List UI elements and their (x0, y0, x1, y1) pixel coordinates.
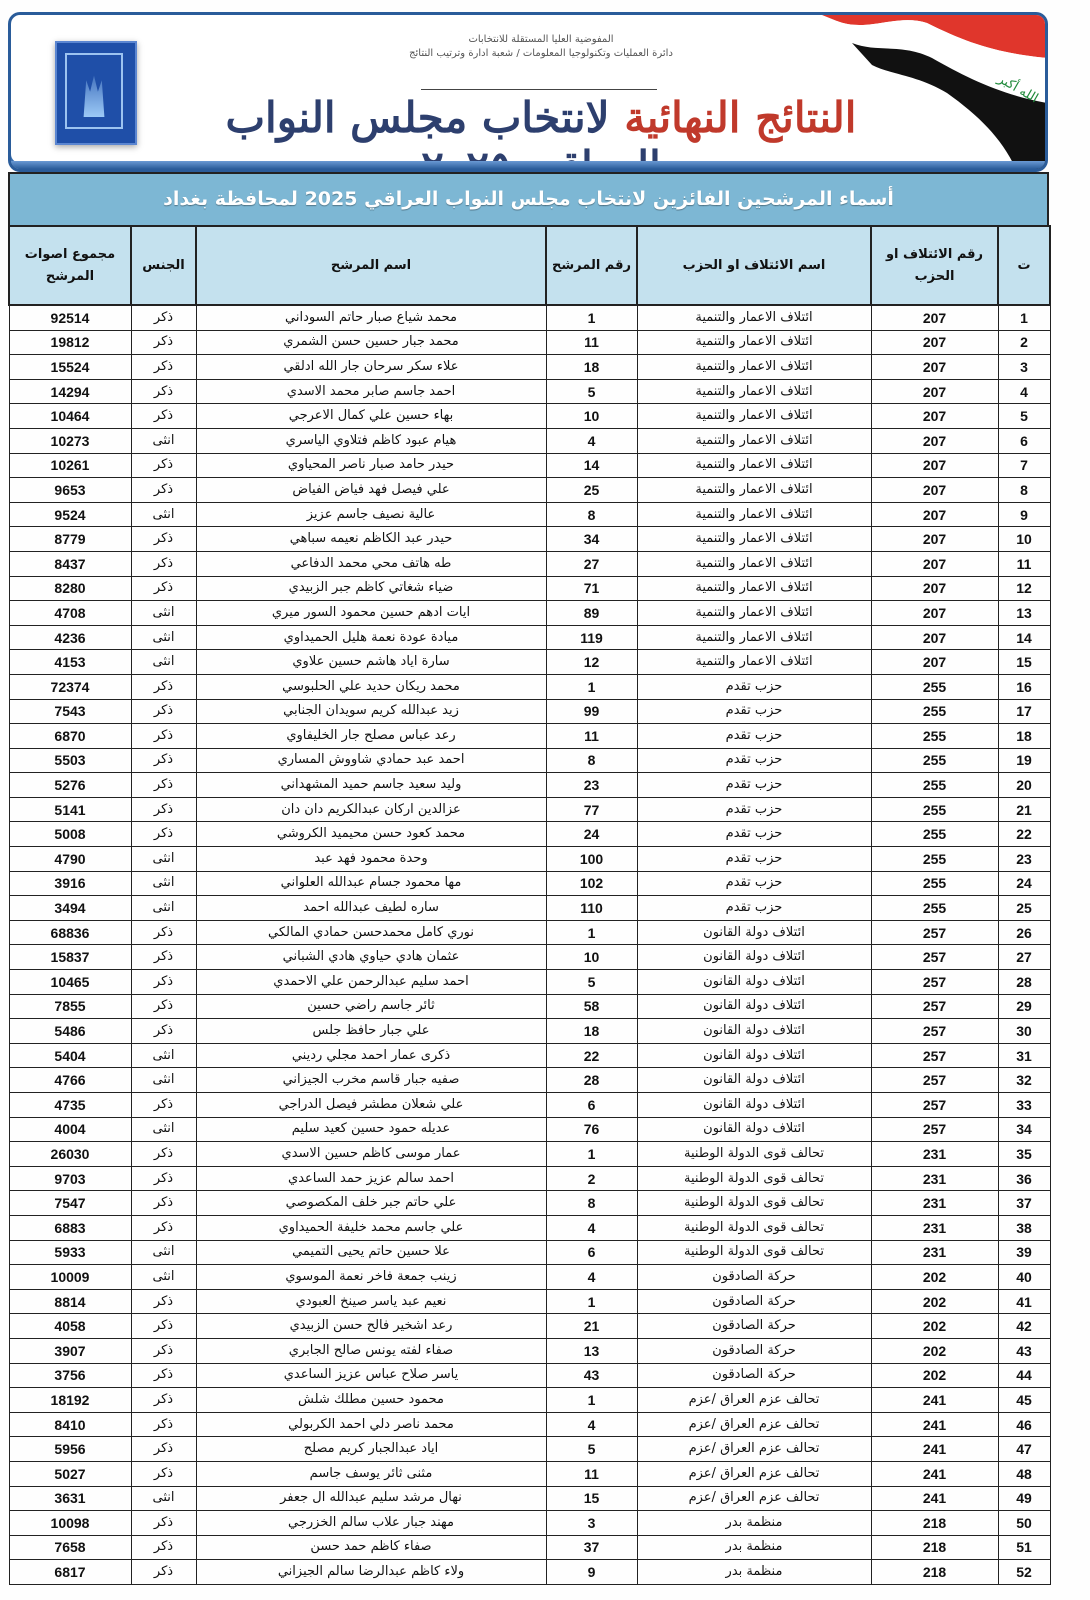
cell-candidate-number: 25 (546, 478, 637, 503)
cell-party-name: ائتلاف دولة القانون (637, 1117, 871, 1142)
cell-party-name: منظمة بدر (637, 1511, 871, 1536)
cell-candidate-name: علي جاسم محمد خليفة الحميداوي (196, 1215, 546, 1240)
cell-candidate-name: بهاء حسين علي كمال الاعرجي (196, 404, 546, 429)
cell-party-name: تحالف عزم العراق /عزم (637, 1437, 871, 1462)
cell-sequence: 42 (998, 1314, 1050, 1339)
cell-votes: 4153 (9, 650, 131, 675)
cell-gender: ذكر (131, 1142, 196, 1167)
cell-gender: ذكر (131, 1535, 196, 1560)
header-gender: الجنس (131, 226, 196, 305)
cell-candidate-name: وليد سعيد جاسم حميد المشهداني (196, 773, 546, 798)
cell-sequence: 37 (998, 1191, 1050, 1216)
cell-party-name: ائتلاف الاعمار والتنمية (637, 551, 871, 576)
cell-votes: 7855 (9, 994, 131, 1019)
table-row: 8410ذكرمحمد ناصر دلي احمد الكربولي4تحالف… (9, 1412, 1050, 1437)
cell-votes: 8410 (9, 1412, 131, 1437)
cell-party-number: 241 (871, 1388, 998, 1413)
banner-frame-bottom (11, 161, 1045, 169)
table-row: 6870ذكررعد عباس مصلح جار الخليفاوي11حزب … (9, 724, 1050, 749)
cell-votes: 92514 (9, 305, 131, 330)
cell-sequence: 34 (998, 1117, 1050, 1142)
cell-gender: انثى (131, 1486, 196, 1511)
table-row: 8280ذكرضياء شغاتي كاظم جبر الزبيدي71ائتل… (9, 576, 1050, 601)
cell-party-name: ائتلاف الاعمار والتنمية (637, 527, 871, 552)
cell-votes: 7547 (9, 1191, 131, 1216)
table-row: 5276ذكروليد سعيد جاسم حميد المشهداني23حز… (9, 773, 1050, 798)
cell-gender: ذكر (131, 527, 196, 552)
cell-party-name: تحالف عزم العراق /عزم (637, 1461, 871, 1486)
cell-gender: ذكر (131, 1412, 196, 1437)
cell-sequence: 51 (998, 1535, 1050, 1560)
cell-candidate-name: نوري كامل محمدحسن حمادي المالكي (196, 920, 546, 945)
cell-votes: 6817 (9, 1560, 131, 1585)
cell-candidate-number: 10 (546, 945, 637, 970)
cell-gender: ذكر (131, 1461, 196, 1486)
cell-votes: 6883 (9, 1215, 131, 1240)
table-row: 9653ذكرعلي فيصل فهد فياض الفياض25ائتلاف … (9, 478, 1050, 503)
cell-candidate-number: 13 (546, 1338, 637, 1363)
cell-votes: 5956 (9, 1437, 131, 1462)
cell-candidate-name: هيام عبود كاظم فتلاوي الياسري (196, 428, 546, 453)
table-row: 68836ذكرنوري كامل محمدحسن حمادي المالكي1… (9, 920, 1050, 945)
cell-party-number: 255 (871, 797, 998, 822)
table-row: 3494انثىساره لطيف عبدالله احمد110حزب تقد… (9, 896, 1050, 921)
cell-votes: 19812 (9, 330, 131, 355)
table-row: 4236انثىميادة عودة نعمة هليل الحميداوي11… (9, 625, 1050, 650)
cell-candidate-name: وحدة محمود فهد عبد (196, 847, 546, 872)
table-row: 9703ذكراحمد سالم عزيز حمد الساعدي2تحالف … (9, 1166, 1050, 1191)
cell-gender: ذكر (131, 773, 196, 798)
cell-sequence: 30 (998, 1019, 1050, 1044)
cell-party-name: ائتلاف الاعمار والتنمية (637, 601, 871, 626)
cell-party-name: تحالف عزم العراق /عزم (637, 1412, 871, 1437)
cell-candidate-name: صفيه جبار قاسم مخرب الجيزاني (196, 1068, 546, 1093)
cell-candidate-name: رعد عباس مصلح جار الخليفاوي (196, 724, 546, 749)
table-row: 19812ذكرمحمد جبار حسين حسن الشمري11ائتلا… (9, 330, 1050, 355)
cell-party-name: ائتلاف الاعمار والتنمية (637, 428, 871, 453)
cell-party-name: حزب تقدم (637, 871, 871, 896)
cell-votes: 4735 (9, 1093, 131, 1118)
cell-party-number: 202 (871, 1363, 998, 1388)
cell-gender: ذكر (131, 1511, 196, 1536)
cell-party-number: 231 (871, 1191, 998, 1216)
table-row: 10009انثىزينب جمعة فاخر نعمة الموسوي4حرك… (9, 1265, 1050, 1290)
cell-sequence: 32 (998, 1068, 1050, 1093)
cell-candidate-number: 1 (546, 920, 637, 945)
cell-candidate-number: 1 (546, 1289, 637, 1314)
cell-sequence: 38 (998, 1215, 1050, 1240)
cell-votes: 4766 (9, 1068, 131, 1093)
cell-candidate-number: 10 (546, 404, 637, 429)
header-votes: مجموع اصوات المرشح (9, 226, 131, 305)
cell-votes: 18192 (9, 1388, 131, 1413)
table-row: 5008ذكرمحمد كعود حسن محيميد الكروشي24حزب… (9, 822, 1050, 847)
cell-party-name: ائتلاف دولة القانون (637, 970, 871, 995)
cell-candidate-number: 12 (546, 650, 637, 675)
cell-votes: 7543 (9, 699, 131, 724)
table-row: 4790انثىوحدة محمود فهد عبد100حزب تقدم255… (9, 847, 1050, 872)
table-row: 9524انثىعالية نصيف جاسم عزيز8ائتلاف الاع… (9, 502, 1050, 527)
cell-gender: ذكر (131, 1437, 196, 1462)
cell-gender: ذكر (131, 970, 196, 995)
table-row: 6817ذكرولاء كاظم عبدالرضا سالم الجيزاني9… (9, 1560, 1050, 1585)
cell-candidate-number: 43 (546, 1363, 637, 1388)
cell-gender: ذكر (131, 404, 196, 429)
cell-party-number: 255 (871, 896, 998, 921)
cell-party-name: تحالف قوى الدولة الوطنية (637, 1191, 871, 1216)
cell-candidate-number: 8 (546, 748, 637, 773)
cell-sequence: 36 (998, 1166, 1050, 1191)
cell-votes: 8814 (9, 1289, 131, 1314)
cell-candidate-number: 5 (546, 970, 637, 995)
cell-candidate-name: زيد عبدالله كريم سويدان الجنابي (196, 699, 546, 724)
table-row: 10273انثىهيام عبود كاظم فتلاوي الياسري4ا… (9, 428, 1050, 453)
agency-line-2: دائرة العمليات وتكنولوجيا المعلومات / شع… (401, 47, 681, 61)
cell-candidate-name: مثنى ثائر يوسف جاسم (196, 1461, 546, 1486)
logo-frame (65, 53, 123, 129)
cell-candidate-number: 21 (546, 1314, 637, 1339)
cell-votes: 10465 (9, 970, 131, 995)
cell-candidate-name: ساره لطيف عبدالله احمد (196, 896, 546, 921)
table-row: 10098ذكرمهند جبار علاب سالم الخزرجي3منظم… (9, 1511, 1050, 1536)
cell-party-number: 241 (871, 1437, 998, 1462)
header-candidate-number: رقم المرشح (546, 226, 637, 305)
table-row: 7543ذكرزيد عبدالله كريم سويدان الجنابي99… (9, 699, 1050, 724)
cell-votes: 10009 (9, 1265, 131, 1290)
cell-sequence: 26 (998, 920, 1050, 945)
cell-gender: ذكر (131, 478, 196, 503)
cell-sequence: 5 (998, 404, 1050, 429)
cell-sequence: 46 (998, 1412, 1050, 1437)
cell-party-number: 257 (871, 945, 998, 970)
table-row: 7547ذكرعلي حاتم جبر خلف المكصوصي8تحالف ق… (9, 1191, 1050, 1216)
cell-candidate-number: 4 (546, 1412, 637, 1437)
cell-candidate-name: اياد عبدالجبار كريم مصلح (196, 1437, 546, 1462)
cell-candidate-name: ضياء شغاتي كاظم جبر الزبيدي (196, 576, 546, 601)
cell-candidate-number: 15 (546, 1486, 637, 1511)
cell-candidate-number: 3 (546, 1511, 637, 1536)
header-party-number: رقم الائتلاف او الحزب (871, 226, 998, 305)
cell-party-number: 255 (871, 847, 998, 872)
table-row: 8814ذكرنعيم عبد ياسر صينخ العبودي1حركة ا… (9, 1289, 1050, 1314)
cell-gender: ذكر (131, 379, 196, 404)
cell-sequence: 7 (998, 453, 1050, 478)
cell-votes: 4708 (9, 601, 131, 626)
cell-sequence: 33 (998, 1093, 1050, 1118)
cell-gender: ذكر (131, 1093, 196, 1118)
cell-party-name: حركة الصادقون (637, 1265, 871, 1290)
cell-candidate-number: 6 (546, 1093, 637, 1118)
cell-gender: ذكر (131, 920, 196, 945)
cell-votes: 3916 (9, 871, 131, 896)
cell-candidate-name: محمد ريكان حديد علي الحلبوسي (196, 674, 546, 699)
cell-party-name: حركة الصادقون (637, 1289, 871, 1314)
cell-party-number: 202 (871, 1338, 998, 1363)
cell-gender: ذكر (131, 576, 196, 601)
cell-votes: 5404 (9, 1043, 131, 1068)
cell-party-name: ائتلاف الاعمار والتنمية (637, 650, 871, 675)
cell-party-number: 207 (871, 404, 998, 429)
cell-gender: انثى (131, 1117, 196, 1142)
cell-candidate-number: 5 (546, 379, 637, 404)
cell-party-name: ائتلاف الاعمار والتنمية (637, 305, 871, 330)
cell-candidate-name: ميادة عودة نعمة هليل الحميداوي (196, 625, 546, 650)
cell-candidate-number: 9 (546, 1560, 637, 1585)
cell-votes: 10273 (9, 428, 131, 453)
table-row: 4735ذكرعلي شعلان مطشر فيصل الدراجي6ائتلا… (9, 1093, 1050, 1118)
cell-sequence: 49 (998, 1486, 1050, 1511)
table-row: 5956ذكراياد عبدالجبار كريم مصلح5تحالف عز… (9, 1437, 1050, 1462)
cell-sequence: 48 (998, 1461, 1050, 1486)
table-row: 72374ذكرمحمد ريكان حديد علي الحلبوسي1حزب… (9, 674, 1050, 699)
table-row: 10464ذكربهاء حسين علي كمال الاعرجي10ائتل… (9, 404, 1050, 429)
cell-candidate-number: 11 (546, 1461, 637, 1486)
cell-candidate-name: ذكرى عمار احمد مجلي رديني (196, 1043, 546, 1068)
cell-sequence: 44 (998, 1363, 1050, 1388)
cell-votes: 10261 (9, 453, 131, 478)
cell-gender: ذكر (131, 1338, 196, 1363)
cell-votes: 72374 (9, 674, 131, 699)
cell-votes: 5008 (9, 822, 131, 847)
cell-candidate-number: 8 (546, 502, 637, 527)
cell-gender: انثى (131, 1068, 196, 1093)
cell-candidate-name: ياسر صلاح عباس عزيز الساعدي (196, 1363, 546, 1388)
cell-votes: 3631 (9, 1486, 131, 1511)
header-banner: المفوضية العليا المستقلة للانتخابات دائر… (8, 12, 1048, 172)
cell-votes: 14294 (9, 379, 131, 404)
cell-votes: 5027 (9, 1461, 131, 1486)
table-row: 4708انثىايات ادهم حسين محمود السور ميري8… (9, 601, 1050, 626)
table-row: 6883ذكرعلي جاسم محمد خليفة الحميداوي4تحا… (9, 1215, 1050, 1240)
cell-party-name: ائتلاف الاعمار والتنمية (637, 404, 871, 429)
cell-candidate-number: 77 (546, 797, 637, 822)
cell-party-name: ائتلاف دولة القانون (637, 945, 871, 970)
logo-figure-icon (81, 71, 107, 117)
cell-candidate-name: علا حسين حاتم يحيى التميمي (196, 1240, 546, 1265)
table-row: 7855ذكرثائر جاسم راضي حسين58ائتلاف دولة … (9, 994, 1050, 1019)
cell-votes: 3756 (9, 1363, 131, 1388)
cell-gender: ذكر (131, 748, 196, 773)
cell-party-name: تحالف قوى الدولة الوطنية (637, 1215, 871, 1240)
cell-candidate-number: 110 (546, 896, 637, 921)
cell-candidate-name: رعد اشخير فالح حسن الزبيدي (196, 1314, 546, 1339)
table-row: 5486ذكرعلي جبار حافظ جلس18ائتلاف دولة ال… (9, 1019, 1050, 1044)
cell-party-name: حزب تقدم (637, 674, 871, 699)
cell-party-number: 255 (871, 871, 998, 896)
cell-sequence: 28 (998, 970, 1050, 995)
cell-party-number: 231 (871, 1166, 998, 1191)
cell-party-name: حزب تقدم (637, 724, 871, 749)
cell-candidate-number: 71 (546, 576, 637, 601)
cell-gender: ذكر (131, 724, 196, 749)
cell-party-number: 241 (871, 1412, 998, 1437)
cell-candidate-number: 4 (546, 1215, 637, 1240)
cell-candidate-number: 6 (546, 1240, 637, 1265)
cell-candidate-number: 14 (546, 453, 637, 478)
cell-party-number: 241 (871, 1486, 998, 1511)
cell-party-name: تحالف قوى الدولة الوطنية (637, 1240, 871, 1265)
cell-candidate-name: علي فيصل فهد فياض الفياض (196, 478, 546, 503)
cell-candidate-number: 2 (546, 1166, 637, 1191)
cell-party-number: 257 (871, 994, 998, 1019)
cell-candidate-number: 28 (546, 1068, 637, 1093)
cell-party-number: 255 (871, 822, 998, 847)
cell-sequence: 52 (998, 1560, 1050, 1585)
cell-sequence: 23 (998, 847, 1050, 872)
cell-sequence: 8 (998, 478, 1050, 503)
cell-gender: ذكر (131, 551, 196, 576)
cell-candidate-number: 8 (546, 1191, 637, 1216)
cell-party-name: حزب تقدم (637, 847, 871, 872)
table-title: أسماء المرشحين الفائزين لانتخاب مجلس الن… (8, 172, 1049, 225)
table-body: 92514ذكرمحمد شياع صبار حاتم السوداني1ائت… (9, 305, 1050, 1584)
cell-party-number: 207 (871, 625, 998, 650)
header-party-name: اسم الائتلاف او الحزب (637, 226, 871, 305)
cell-candidate-name: علي حاتم جبر خلف المكصوصي (196, 1191, 546, 1216)
cell-party-name: ائتلاف الاعمار والتنمية (637, 478, 871, 503)
cell-candidate-number: 76 (546, 1117, 637, 1142)
cell-candidate-name: محمد شياع صبار حاتم السوداني (196, 305, 546, 330)
cell-party-number: 231 (871, 1240, 998, 1265)
cell-party-number: 202 (871, 1289, 998, 1314)
cell-candidate-name: نهال مرشد سليم عبدالله ال جعفر (196, 1486, 546, 1511)
table-row: 3916انثىمها محمود جسام عبدالله العلواني1… (9, 871, 1050, 896)
cell-votes: 9703 (9, 1166, 131, 1191)
divider (421, 89, 657, 90)
cell-gender: ذكر (131, 1314, 196, 1339)
table-row: 15837ذكرعثمان هادي حياوي هادي الشباني10ا… (9, 945, 1050, 970)
cell-party-number: 231 (871, 1215, 998, 1240)
cell-candidate-name: احمد سليم عبدالرحمن علي الاحمدي (196, 970, 546, 995)
cell-candidate-name: محمد جبار حسين حسن الشمري (196, 330, 546, 355)
cell-gender: انثى (131, 502, 196, 527)
table-row: 14294ذكراحمد جاسم صابر محمد الاسدي5ائتلا… (9, 379, 1050, 404)
cell-candidate-name: عالية نصيف جاسم عزيز (196, 502, 546, 527)
cell-party-name: حركة الصادقون (637, 1338, 871, 1363)
cell-party-name: ائتلاف الاعمار والتنمية (637, 502, 871, 527)
cell-party-name: ائتلاف الاعمار والتنمية (637, 355, 871, 380)
cell-candidate-name: عزالدين اركان عبدالكريم دان دان (196, 797, 546, 822)
cell-party-name: ائتلاف الاعمار والتنمية (637, 453, 871, 478)
cell-gender: ذكر (131, 699, 196, 724)
cell-party-name: حزب تقدم (637, 773, 871, 798)
cell-sequence: 10 (998, 527, 1050, 552)
cell-candidate-name: ولاء كاظم عبدالرضا سالم الجيزاني (196, 1560, 546, 1585)
cell-candidate-name: نعيم عبد ياسر صينخ العبودي (196, 1289, 546, 1314)
cell-party-number: 207 (871, 428, 998, 453)
cell-party-number: 207 (871, 650, 998, 675)
cell-party-number: 255 (871, 724, 998, 749)
cell-party-name: ائتلاف الاعمار والتنمية (637, 625, 871, 650)
cell-candidate-number: 1 (546, 674, 637, 699)
cell-candidate-name: ايات ادهم حسين محمود السور ميري (196, 601, 546, 626)
cell-sequence: 2 (998, 330, 1050, 355)
cell-party-number: 218 (871, 1560, 998, 1585)
cell-party-number: 218 (871, 1535, 998, 1560)
cell-party-number: 207 (871, 478, 998, 503)
cell-sequence: 4 (998, 379, 1050, 404)
cell-candidate-number: 4 (546, 428, 637, 453)
cell-gender: انثى (131, 625, 196, 650)
cell-gender: انثى (131, 650, 196, 675)
cell-candidate-number: 89 (546, 601, 637, 626)
cell-party-number: 218 (871, 1511, 998, 1536)
cell-party-name: حزب تقدم (637, 748, 871, 773)
cell-sequence: 21 (998, 797, 1050, 822)
cell-candidate-name: صفاء كاظم حمد حسن (196, 1535, 546, 1560)
cell-sequence: 50 (998, 1511, 1050, 1536)
table-row: 92514ذكرمحمد شياع صبار حاتم السوداني1ائت… (9, 305, 1050, 330)
cell-votes: 4790 (9, 847, 131, 872)
cell-sequence: 39 (998, 1240, 1050, 1265)
cell-candidate-number: 1 (546, 305, 637, 330)
cell-party-number: 207 (871, 330, 998, 355)
cell-party-number: 202 (871, 1265, 998, 1290)
cell-gender: انثى (131, 896, 196, 921)
cell-party-name: حركة الصادقون (637, 1314, 871, 1339)
cell-votes: 10098 (9, 1511, 131, 1536)
cell-candidate-name: عثمان هادي حياوي هادي الشباني (196, 945, 546, 970)
cell-party-name: ائتلاف الاعمار والتنمية (637, 576, 871, 601)
cell-candidate-name: عديله حمود حسين كعيد سليم (196, 1117, 546, 1142)
cell-votes: 8280 (9, 576, 131, 601)
cell-party-name: حزب تقدم (637, 822, 871, 847)
agency-name: المفوضية العليا المستقلة للانتخابات دائر… (401, 33, 681, 61)
cell-candidate-name: مها محمود جسام عبدالله العلواني (196, 871, 546, 896)
cell-candidate-number: 23 (546, 773, 637, 798)
cell-gender: ذكر (131, 1166, 196, 1191)
cell-sequence: 15 (998, 650, 1050, 675)
cell-gender: ذكر (131, 1289, 196, 1314)
cell-party-number: 207 (871, 576, 998, 601)
cell-party-name: ائتلاف دولة القانون (637, 1093, 871, 1118)
cell-party-number: 207 (871, 551, 998, 576)
cell-candidate-name: علي جبار حافظ جلس (196, 1019, 546, 1044)
cell-gender: انثى (131, 428, 196, 453)
cell-party-number: 207 (871, 502, 998, 527)
cell-candidate-name: سارة اياد هاشم حسين علاوي (196, 650, 546, 675)
cell-party-number: 207 (871, 379, 998, 404)
cell-gender: ذكر (131, 1019, 196, 1044)
table-row: 7658ذكرصفاء كاظم حمد حسن37منظمة بدر21851 (9, 1535, 1050, 1560)
cell-party-name: تحالف عزم العراق /عزم (637, 1486, 871, 1511)
cell-candidate-number: 4 (546, 1265, 637, 1290)
cell-sequence: 24 (998, 871, 1050, 896)
cell-gender: ذكر (131, 1215, 196, 1240)
cell-party-number: 207 (871, 527, 998, 552)
cell-party-number: 207 (871, 453, 998, 478)
cell-gender: انثى (131, 1043, 196, 1068)
cell-party-name: حركة الصادقون (637, 1363, 871, 1388)
table-row: 4153انثىسارة اياد هاشم حسين علاوي12ائتلا… (9, 650, 1050, 675)
cell-votes: 8779 (9, 527, 131, 552)
cell-votes: 5486 (9, 1019, 131, 1044)
cell-sequence: 14 (998, 625, 1050, 650)
cell-votes: 26030 (9, 1142, 131, 1167)
winners-table: مجموع اصوات المرشح الجنس اسم المرشح رقم … (8, 225, 1051, 1585)
cell-party-number: 255 (871, 699, 998, 724)
table-row: 5141ذكرعزالدين اركان عبدالكريم دان دان77… (9, 797, 1050, 822)
cell-gender: انثى (131, 1240, 196, 1265)
cell-votes: 5933 (9, 1240, 131, 1265)
cell-votes: 5276 (9, 773, 131, 798)
cell-party-number: 257 (871, 1019, 998, 1044)
cell-candidate-number: 27 (546, 551, 637, 576)
cell-party-name: حزب تقدم (637, 797, 871, 822)
cell-sequence: 27 (998, 945, 1050, 970)
iraq-flag-icon: الله أكبر (797, 13, 1047, 172)
cell-gender: ذكر (131, 674, 196, 699)
